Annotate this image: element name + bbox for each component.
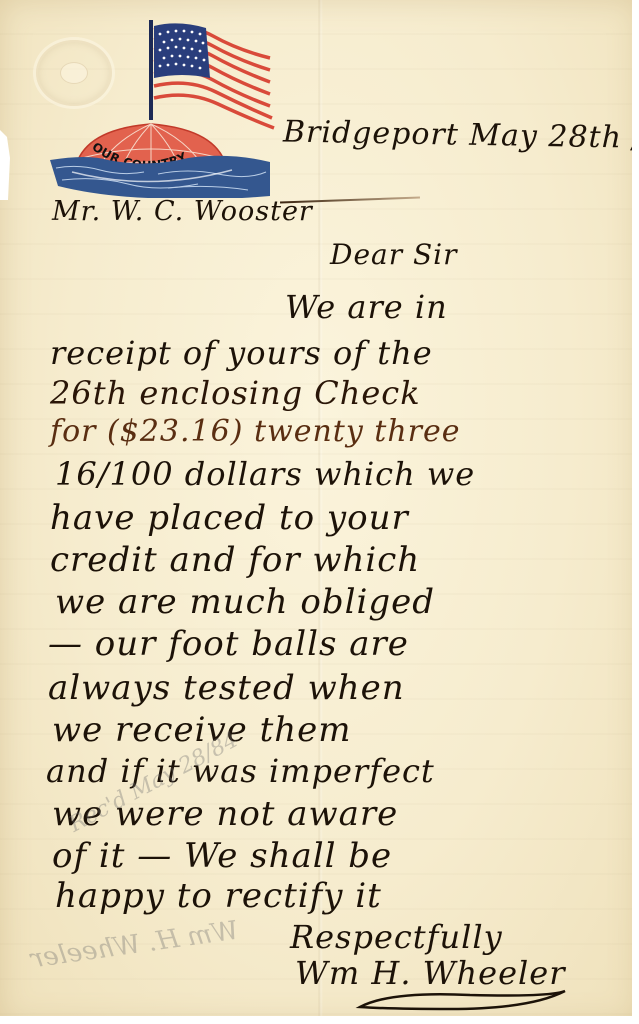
body-line-8: we are much obliged — [55, 582, 435, 622]
body-line-14: of it — We shall be — [52, 836, 392, 876]
body-line-9: — our foot balls are — [48, 624, 409, 664]
body-line-6: have placed to your — [50, 498, 409, 538]
body-line-12: and if it was imperfect — [46, 752, 435, 790]
valediction: Respectfully — [290, 918, 503, 956]
body-line-7: credit and for which — [50, 540, 420, 580]
body-line-5: 16/100 dollars which we — [55, 455, 475, 493]
scan-border-right — [632, 0, 639, 1024]
place-date: Bridgeport May 28th /84 — [283, 115, 639, 157]
scan-border-bottom — [0, 1016, 639, 1024]
body-line-1: We are in — [285, 288, 448, 326]
greeting: Dear Sir — [330, 238, 458, 271]
letterhead-emblem: OUR COUNTRY — [48, 18, 280, 198]
flag-globe-icon: OUR COUNTRY — [48, 18, 280, 198]
body-line-3: 26th enclosing Check — [50, 374, 421, 412]
body-line-4: for ($23.16) twenty three — [50, 414, 461, 449]
body-line-10: always tested when — [48, 668, 405, 708]
signature-flourish-icon — [350, 985, 580, 1015]
body-line-2: receipt of yours of the — [50, 334, 433, 372]
addressee: Mr. W. C. Wooster — [52, 196, 313, 227]
body-line-15: happy to rectify it — [55, 876, 382, 916]
